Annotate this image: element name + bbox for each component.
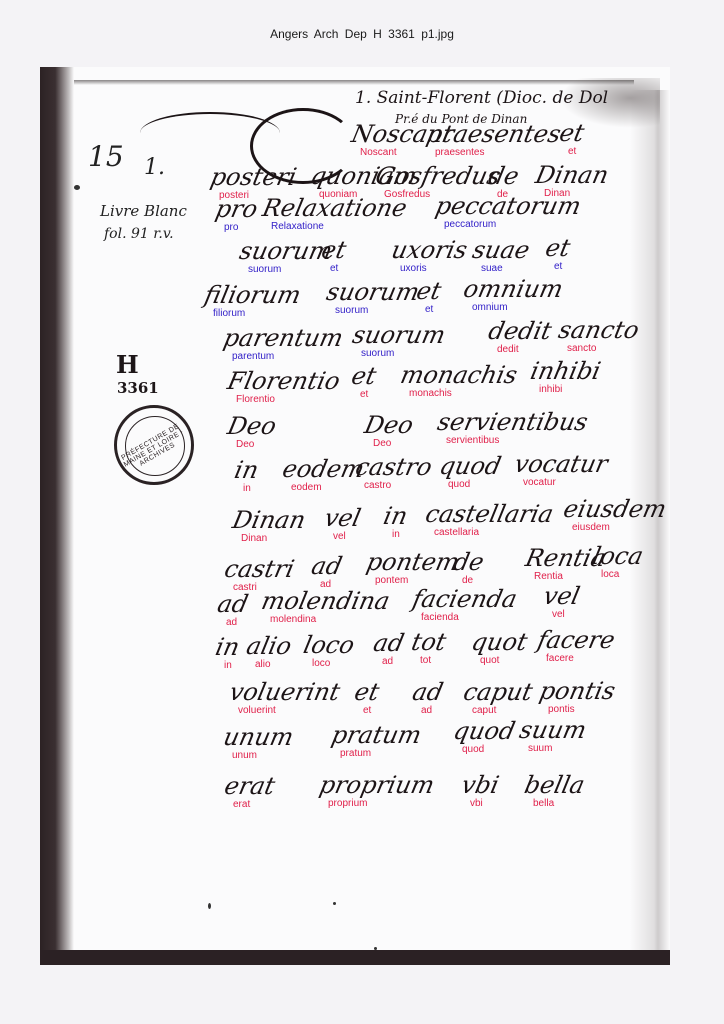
scan-left-edge bbox=[40, 67, 74, 965]
archive-seal: PRÉFECTURE DE MAINE ET LOIRE · ARCHIVES bbox=[114, 405, 194, 485]
transcription-label: eiusdem bbox=[572, 522, 610, 533]
transcription-label: eodem bbox=[291, 482, 322, 493]
handwritten-word: ad bbox=[309, 552, 345, 580]
margin-note-line2: fol. 91 r.v. bbox=[104, 226, 174, 242]
handwritten-word: servientibus bbox=[435, 408, 590, 436]
handwritten-word: filiorum bbox=[202, 281, 303, 309]
transcription-label: in bbox=[243, 483, 251, 494]
transcription-label: de bbox=[462, 575, 473, 586]
transcription-label: suae bbox=[481, 263, 503, 274]
handwritten-word: de bbox=[486, 162, 522, 190]
transcription-label: Rentia bbox=[534, 571, 563, 582]
margin-item-number: 1. bbox=[144, 155, 165, 180]
handwritten-word: parentum bbox=[221, 324, 346, 352]
handwritten-word: facienda bbox=[410, 585, 520, 613]
transcription-label: et bbox=[425, 304, 433, 315]
transcription-label: dedit bbox=[497, 344, 519, 355]
transcription-label: castellaria bbox=[434, 527, 479, 538]
handwritten-word: pontis bbox=[537, 677, 618, 705]
transcription-label: Dinan bbox=[544, 188, 570, 199]
transcription-label: vel bbox=[552, 609, 565, 620]
transcription-label: erat bbox=[233, 799, 250, 810]
handwritten-word: quod bbox=[437, 452, 504, 480]
transcription-label: et bbox=[568, 146, 576, 157]
transcription-label: quod bbox=[448, 479, 470, 490]
transcription-label: facienda bbox=[421, 612, 459, 623]
transcription-label: ad bbox=[382, 656, 393, 667]
transcription-label: vbi bbox=[470, 798, 483, 809]
transcription-label: Gosfredus bbox=[384, 189, 430, 200]
handwritten-word: castellaria bbox=[423, 500, 556, 528]
handwritten-word: vel bbox=[541, 582, 582, 610]
transcription-label: suorum bbox=[248, 264, 281, 275]
handwritten-word: ad bbox=[410, 678, 446, 706]
header-annotation-line1: 1. Saint-Florent (Dioc. de Dol bbox=[355, 88, 608, 108]
transcription-label: pontis bbox=[548, 704, 575, 715]
transcription-label: pratum bbox=[340, 748, 371, 759]
transcription-label: servientibus bbox=[446, 435, 499, 446]
transcription-label: Florentio bbox=[236, 394, 275, 405]
transcription-label: vel bbox=[333, 531, 346, 542]
handwritten-word: vbi bbox=[459, 771, 502, 799]
transcription-label: vocatur bbox=[523, 477, 556, 488]
archive-stamp-letter: H bbox=[116, 350, 139, 379]
ink-speck bbox=[208, 903, 211, 909]
file-title: Angers Arch Dep H 3361 p1.jpg bbox=[0, 27, 724, 41]
handwritten-word: castri bbox=[222, 555, 297, 583]
handwritten-word: omnium bbox=[461, 275, 566, 303]
handwritten-word: pontem bbox=[364, 548, 462, 576]
handwritten-word: unum bbox=[221, 723, 296, 751]
handwritten-word: eiusdem bbox=[561, 495, 669, 523]
handwritten-word: loco bbox=[301, 631, 357, 659]
handwritten-word: suum bbox=[517, 716, 589, 744]
transcription-label: loca bbox=[601, 569, 619, 580]
transcription-label: pontem bbox=[375, 575, 408, 586]
handwritten-word: alio bbox=[244, 632, 294, 660]
margin-note-line1: Livre Blanc bbox=[100, 202, 187, 220]
transcription-label: et bbox=[554, 261, 562, 272]
handwritten-word: proprium bbox=[317, 771, 437, 799]
handwritten-word: sancto bbox=[556, 316, 642, 344]
handwritten-word: vocatur bbox=[512, 450, 610, 478]
handwritten-word: Florentio bbox=[225, 367, 343, 395]
handwritten-word: ad bbox=[371, 629, 407, 657]
transcription-label: loco bbox=[312, 658, 330, 669]
transcription-label: quot bbox=[480, 655, 499, 666]
transcription-label: Deo bbox=[236, 439, 254, 450]
transcription-label: quod bbox=[462, 744, 484, 755]
transcription-label: alio bbox=[255, 659, 271, 670]
handwritten-word: facere bbox=[535, 626, 617, 654]
transcription-label: in bbox=[392, 529, 400, 540]
scan-bottom-edge bbox=[40, 950, 670, 965]
scan-top-edge bbox=[74, 80, 634, 85]
handwritten-word: quot bbox=[469, 628, 530, 656]
ink-speck bbox=[333, 902, 336, 905]
handwritten-word: Dinan bbox=[230, 506, 308, 534]
handwritten-word: voluerint bbox=[227, 678, 343, 706]
handwritten-word: vel bbox=[322, 504, 363, 532]
handwritten-word: dedit bbox=[486, 317, 554, 345]
transcription-label: ad bbox=[226, 617, 237, 628]
handwritten-word: castro bbox=[353, 453, 435, 481]
transcription-label: et bbox=[363, 705, 371, 716]
transcription-label: castro bbox=[364, 480, 391, 491]
handwritten-word: suae bbox=[470, 236, 532, 264]
transcription-label: parentum bbox=[232, 351, 274, 362]
transcription-label: monachis bbox=[409, 388, 452, 399]
handwritten-word: quod bbox=[451, 717, 518, 745]
transcription-label: suum bbox=[528, 743, 552, 754]
handwritten-word: posteri bbox=[208, 163, 299, 191]
handwritten-word: ad bbox=[215, 590, 251, 618]
transcription-label: Relaxatione bbox=[271, 221, 324, 232]
transcription-label: praesentes bbox=[435, 147, 484, 158]
ink-speck bbox=[74, 185, 80, 190]
transcription-label: tot bbox=[420, 655, 431, 666]
handwritten-word: Gosfredus bbox=[373, 162, 503, 190]
handwritten-word: pratum bbox=[329, 721, 424, 749]
handwritten-word: caput bbox=[461, 678, 535, 706]
handwritten-word: Deo bbox=[362, 411, 416, 439]
handwritten-word: uxoris bbox=[389, 236, 470, 264]
transcription-label: peccatorum bbox=[444, 219, 496, 230]
transcription-label: suorum bbox=[335, 305, 368, 316]
handwritten-word: erat bbox=[222, 772, 278, 800]
transcription-label: Dinan bbox=[241, 533, 267, 544]
transcription-label: sancto bbox=[567, 343, 596, 354]
transcription-label: caput bbox=[472, 705, 496, 716]
transcription-label: quoniam bbox=[319, 189, 357, 200]
transcription-label: suorum bbox=[361, 348, 394, 359]
handwritten-word: molendina bbox=[259, 587, 392, 615]
transcription-label: Deo bbox=[373, 438, 391, 449]
transcription-label: bella bbox=[533, 798, 554, 809]
transcription-label: proprium bbox=[328, 798, 367, 809]
transcription-label: Noscant bbox=[360, 147, 397, 158]
handwritten-word: tot bbox=[409, 628, 449, 656]
handwritten-word: bella bbox=[522, 771, 587, 799]
handwritten-word: suorum bbox=[324, 278, 422, 306]
ink-speck bbox=[374, 947, 377, 950]
transcription-label: in bbox=[224, 660, 232, 671]
transcription-label: inhibi bbox=[539, 384, 562, 395]
transcription-label: omnium bbox=[472, 302, 508, 313]
transcription-label: et bbox=[360, 389, 368, 400]
transcription-label: facere bbox=[546, 653, 574, 664]
transcription-label: ad bbox=[421, 705, 432, 716]
transcription-label: filiorum bbox=[213, 308, 245, 319]
handwritten-word: Dinan bbox=[533, 161, 611, 189]
handwritten-word: praesentes bbox=[424, 120, 563, 148]
transcription-label: molendina bbox=[270, 614, 316, 625]
transcription-label: unum bbox=[232, 750, 257, 761]
transcription-label: de bbox=[497, 189, 508, 200]
transcription-label: castri bbox=[233, 582, 257, 593]
margin-numeral: 15 bbox=[88, 140, 124, 173]
handwritten-word: inhibi bbox=[528, 357, 603, 385]
handwritten-word: Deo bbox=[225, 412, 279, 440]
transcription-label: voluerint bbox=[238, 705, 276, 716]
handwritten-word: suorum bbox=[350, 321, 448, 349]
handwritten-word: loca bbox=[590, 542, 646, 570]
transcription-label: uxoris bbox=[400, 263, 427, 274]
handwritten-word: de bbox=[451, 548, 487, 576]
archive-stamp-number: 3361 bbox=[117, 379, 159, 397]
transcription-label: pro bbox=[224, 222, 238, 233]
transcription-label: ad bbox=[320, 579, 331, 590]
transcription-label: posteri bbox=[219, 190, 249, 201]
transcription-label: et bbox=[330, 263, 338, 274]
handwritten-word: monachis bbox=[398, 361, 520, 389]
